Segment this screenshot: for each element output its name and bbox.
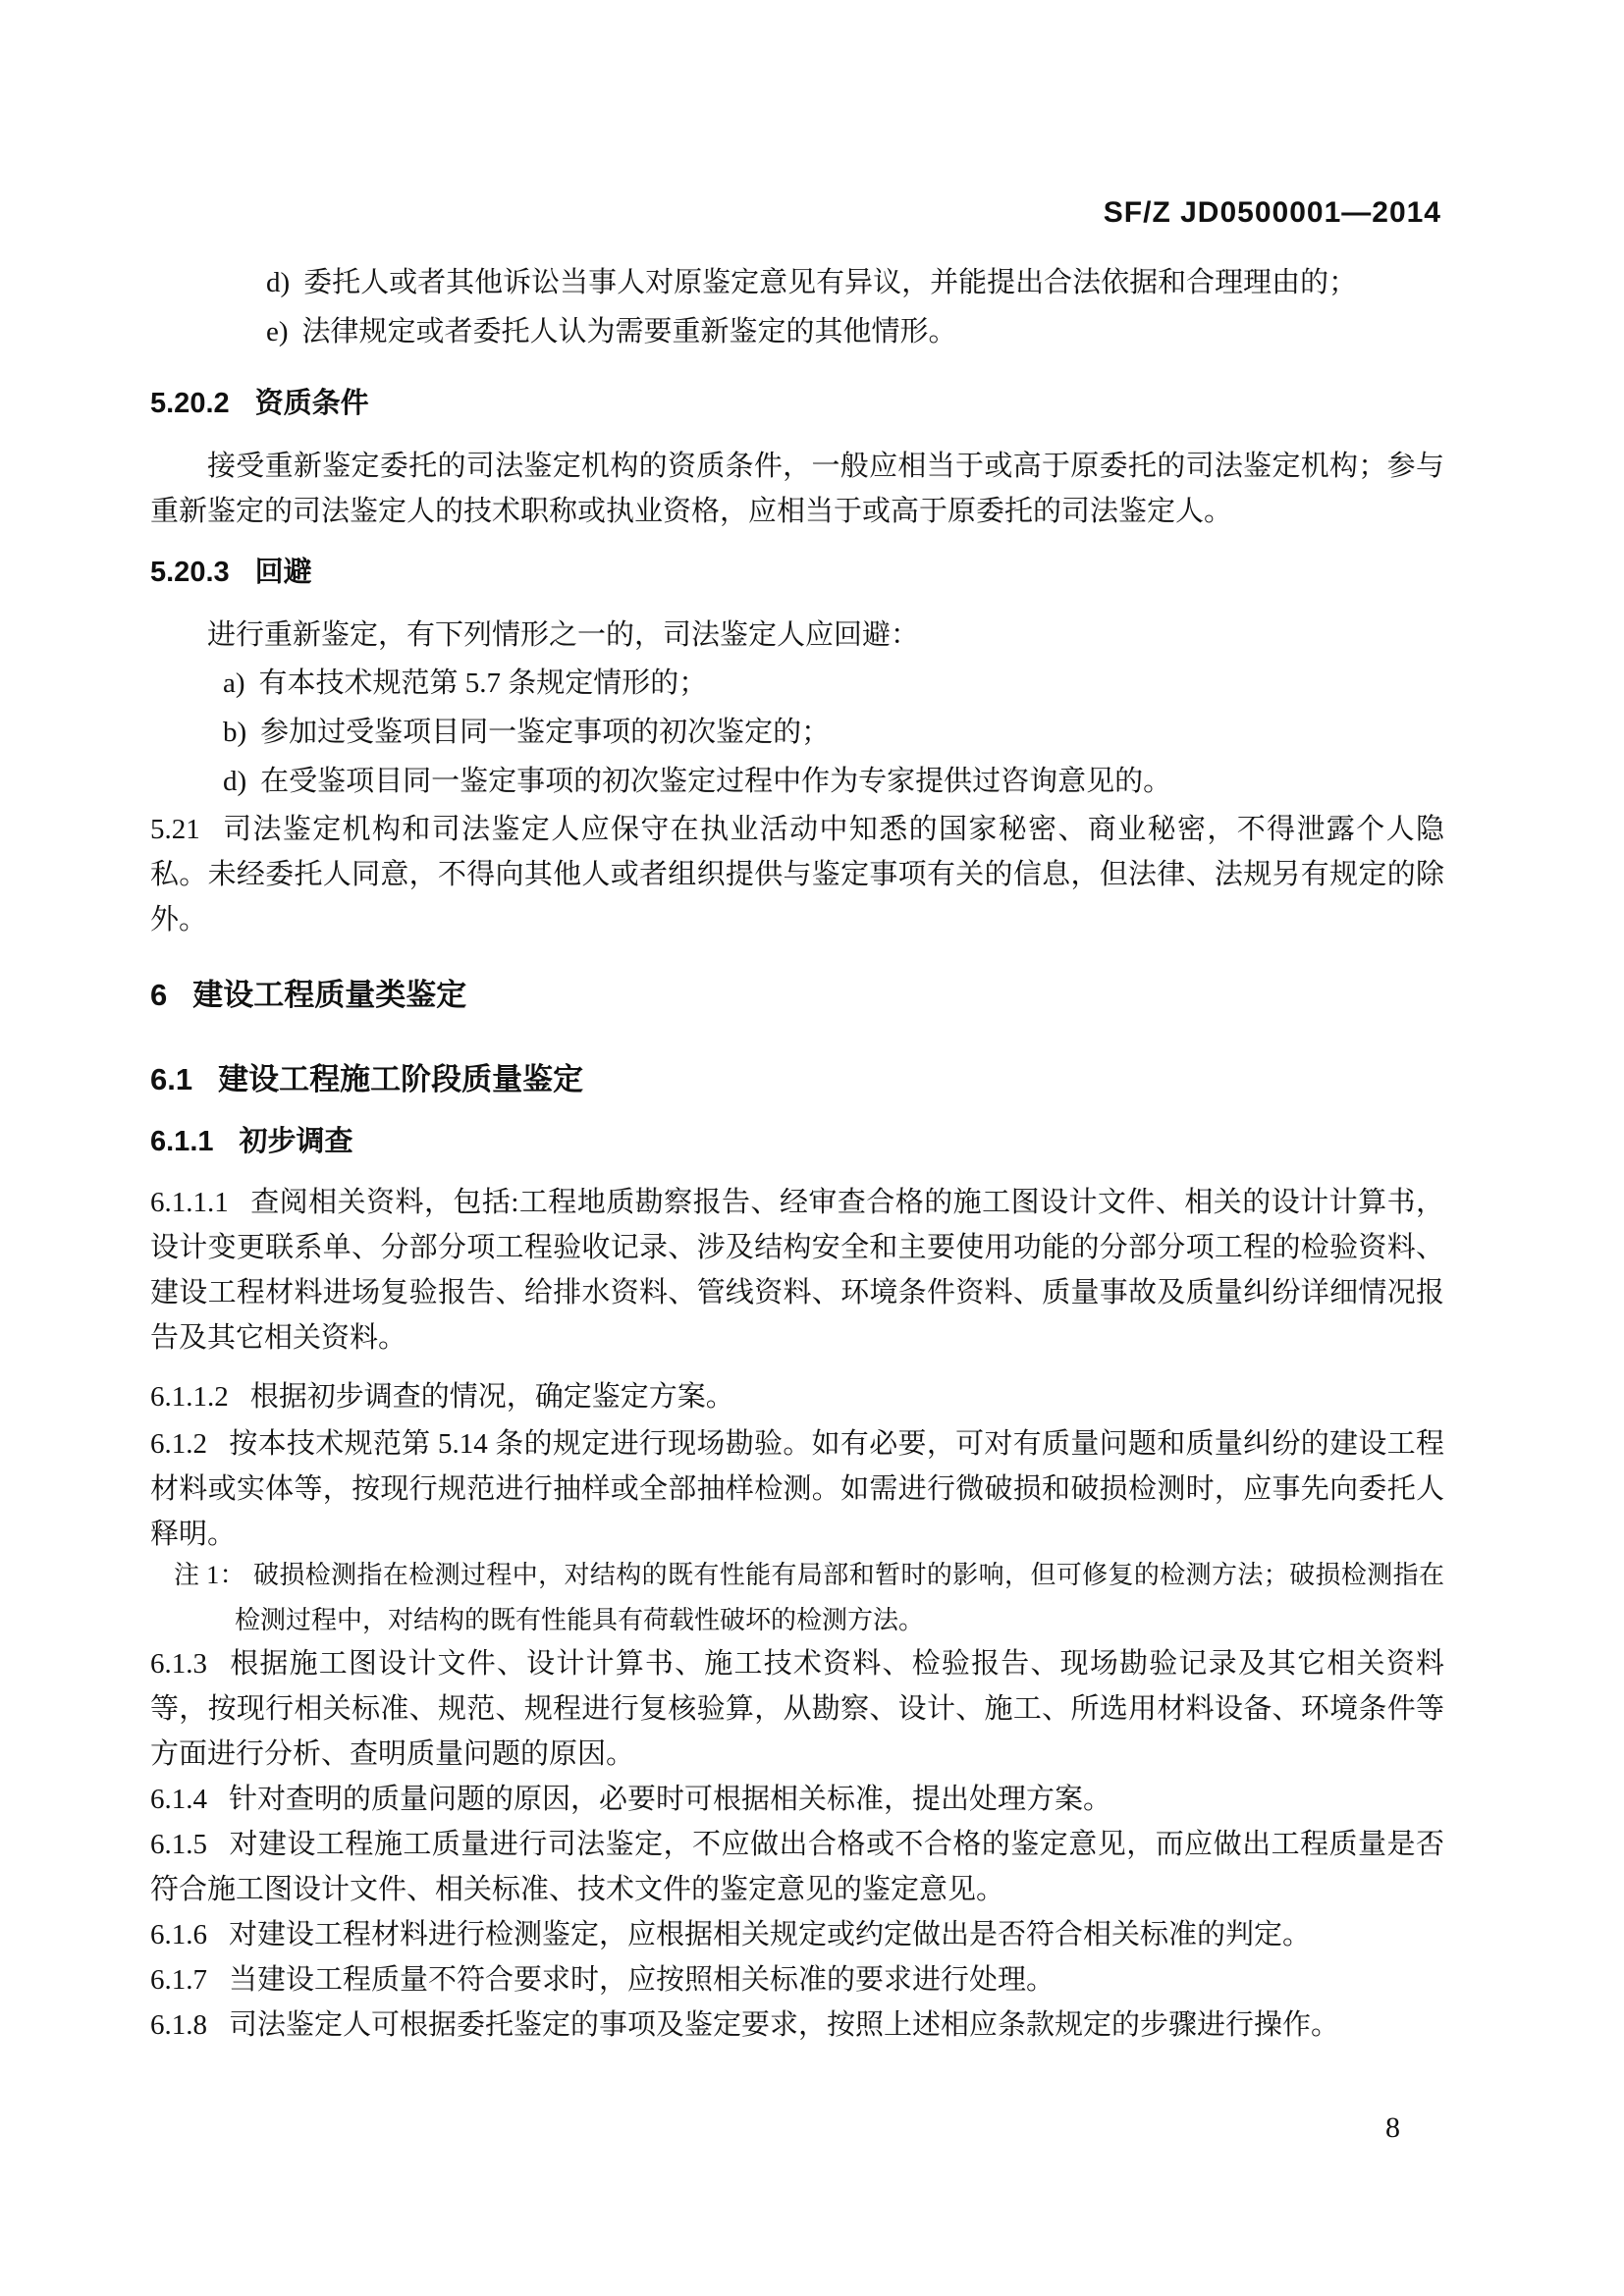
- list-marker: b): [223, 709, 246, 756]
- list-item: b)参加过受鉴项目同一鉴定事项的初次鉴定的；: [223, 709, 1444, 756]
- list-item-text: 参加过受鉴项目同一鉴定事项的初次鉴定的；: [260, 717, 830, 748]
- clause-6-1-3: 6.1.3根据施工图设计文件、设计计算书、施工技术资料、检验报告、现场勘验记录及…: [150, 1641, 1444, 1777]
- clause-text: 按本技术规范第 5.14 条的规定进行现场勘验。如有必要，可对有质量问题和质量纠…: [150, 1428, 1444, 1550]
- heading-6: 6建设工程质量类鉴定: [150, 972, 1444, 1019]
- list-item: a)有本技术规范第 5.7 条规定情形的；: [223, 660, 1444, 707]
- heading-title: 建设工程质量类鉴定: [192, 978, 466, 1012]
- clause-number: 6.1.3: [150, 1648, 207, 1680]
- clause-text: 司法鉴定机构和司法鉴定人应保守在执业活动中知悉的国家秘密、商业秘密，不得泄露个人…: [150, 814, 1444, 935]
- clause-text: 司法鉴定人可根据委托鉴定的事项及鉴定要求，按照上述相应条款规定的步骤进行操作。: [229, 2009, 1339, 2041]
- clause-6-1-1-1: 6.1.1.1查阅相关资料，包括:工程地质勘察报告、经审查合格的施工图设计文件、…: [150, 1180, 1444, 1361]
- list-marker: d): [223, 758, 246, 805]
- clause-number: 6.1.4: [150, 1784, 207, 1815]
- clause-number: 6.1.1.2: [150, 1381, 229, 1413]
- page-number: 8: [0, 2109, 1624, 2148]
- list-item-text: 委托人或者其他诉讼当事人对原鉴定意见有异议，并能提出合法依据和合理理由的；: [303, 267, 1357, 298]
- clause-6-1-5: 6.1.5对建设工程施工质量进行司法鉴定，不应做出合格或不合格的鉴定意见，而应做…: [150, 1822, 1444, 1912]
- running-header: SF/Z JD0500001—2014: [0, 0, 1624, 230]
- clause-text: 根据初步调查的情况，确定鉴定方案。: [250, 1381, 734, 1413]
- clause-6-1-6: 6.1.6对建设工程材料进行检测鉴定，应根据相关规定或约定做出是否符合相关标准的…: [150, 1912, 1444, 1957]
- clause-number: 5.21: [150, 814, 200, 845]
- clause-number: 6.1.6: [150, 1919, 207, 1950]
- clause-text: 对建设工程施工质量进行司法鉴定，不应做出合格或不合格的鉴定意见，而应做出工程质量…: [150, 1829, 1444, 1905]
- list-item-text: 在受鉴项目同一鉴定事项的初次鉴定过程中作为专家提供过咨询意见的。: [260, 766, 1171, 797]
- clause-number: 6.1.8: [150, 2009, 207, 2041]
- clause-text: 根据施工图设计文件、设计计算书、施工技术资料、检验报告、现场勘验记录及其它相关资…: [150, 1648, 1444, 1770]
- heading-title: 回避: [255, 557, 312, 588]
- list-item: e)法律规定或者委托人认为需要重新鉴定的其他情形。: [266, 308, 1444, 355]
- heading-number: 6.1.1: [150, 1126, 214, 1157]
- list-recusal-cases: a)有本技术规范第 5.7 条规定情形的； b)参加过受鉴项目同一鉴定事项的初次…: [223, 660, 1444, 805]
- clause-6-1-8: 6.1.8司法鉴定人可根据委托鉴定的事项及鉴定要求，按照上述相应条款规定的步骤进…: [150, 2002, 1444, 2048]
- heading-number: 6.1: [150, 1062, 192, 1096]
- standard-number: SF/Z JD0500001—2014: [1104, 196, 1441, 229]
- list-marker: a): [223, 660, 245, 707]
- list-renew-conditions: d)委托人或者其他诉讼当事人对原鉴定意见有异议，并能提出合法依据和合理理由的； …: [266, 259, 1444, 355]
- heading-number: 5.20.2: [150, 388, 230, 419]
- heading-number: 6: [150, 978, 167, 1012]
- heading-number: 5.20.3: [150, 557, 230, 588]
- heading-title: 资质条件: [255, 388, 369, 419]
- list-marker: d): [266, 259, 290, 306]
- list-item: d)在受鉴项目同一鉴定事项的初次鉴定过程中作为专家提供过咨询意见的。: [223, 758, 1444, 805]
- clause-number: 6.1.2: [150, 1428, 207, 1460]
- heading-title: 建设工程施工阶段质量鉴定: [218, 1062, 583, 1096]
- list-item-text: 有本技术规范第 5.7 条规定情形的；: [259, 667, 708, 699]
- note-1: 注 1：破损检测指在检测过程中，对结构的既有性能有局部和暂时的影响，但可修复的检…: [174, 1553, 1444, 1643]
- heading-6-1-1: 6.1.1初步调查: [150, 1119, 1444, 1164]
- clause-number: 6.1.7: [150, 1964, 207, 1996]
- clause-number: 6.1.1.1: [150, 1187, 229, 1218]
- note-label: 注 1：: [174, 1561, 245, 1589]
- heading-5-20-2: 5.20.2资质条件: [150, 381, 1444, 426]
- clause-number: 6.1.5: [150, 1829, 207, 1860]
- clause-text: 针对查明的质量问题的原因，必要时可根据相关标准，提出处理方案。: [229, 1784, 1111, 1815]
- list-item-text: 法律规定或者委托人认为需要重新鉴定的其他情形。: [302, 316, 957, 347]
- list-item: d)委托人或者其他诉讼当事人对原鉴定意见有异议，并能提出合法依据和合理理由的；: [266, 259, 1444, 306]
- paragraph-5-20-3-intro: 进行重新鉴定，有下列情形之一的，司法鉴定人应回避：: [150, 613, 1444, 658]
- clause-6-1-2: 6.1.2按本技术规范第 5.14 条的规定进行现场勘验。如有必要，可对有质量问…: [150, 1421, 1444, 1557]
- page-content: d)委托人或者其他诉讼当事人对原鉴定意见有异议，并能提出合法依据和合理理由的； …: [150, 259, 1444, 2048]
- paragraph-5-20-2: 接受重新鉴定委托的司法鉴定机构的资质条件，一般应相当于或高于原委托的司法鉴定机构…: [150, 444, 1444, 534]
- clause-6-1-7: 6.1.7当建设工程质量不符合要求时，应按照相关标准的要求进行处理。: [150, 1957, 1444, 2002]
- heading-5-20-3: 5.20.3回避: [150, 550, 1444, 595]
- heading-6-1: 6.1建设工程施工阶段质量鉴定: [150, 1056, 1444, 1103]
- clause-6-1-4: 6.1.4针对查明的质量问题的原因，必要时可根据相关标准，提出处理方案。: [150, 1777, 1444, 1822]
- heading-title: 初步调查: [240, 1126, 353, 1157]
- clause-6-1-1-2: 6.1.1.2根据初步调查的情况，确定鉴定方案。: [150, 1374, 1444, 1419]
- list-marker: e): [266, 308, 289, 355]
- clause-text: 当建设工程质量不符合要求时，应按照相关标准的要求进行处理。: [229, 1964, 1055, 1996]
- document-page: SF/Z JD0500001—2014 d)委托人或者其他诉讼当事人对原鉴定意见…: [0, 0, 1624, 2296]
- clause-text: 查阅相关资料，包括:工程地质勘察报告、经审查合格的施工图设计文件、相关的设计计算…: [150, 1187, 1444, 1354]
- note-text: 破损检测指在检测过程中，对结构的既有性能有局部和暂时的影响，但可修复的检测方法；…: [235, 1561, 1444, 1634]
- clause-5-21: 5.21司法鉴定机构和司法鉴定人应保守在执业活动中知悉的国家秘密、商业秘密，不得…: [150, 807, 1444, 942]
- clause-text: 对建设工程材料进行检测鉴定，应根据相关规定或约定做出是否符合相关标准的判定。: [229, 1919, 1311, 1950]
